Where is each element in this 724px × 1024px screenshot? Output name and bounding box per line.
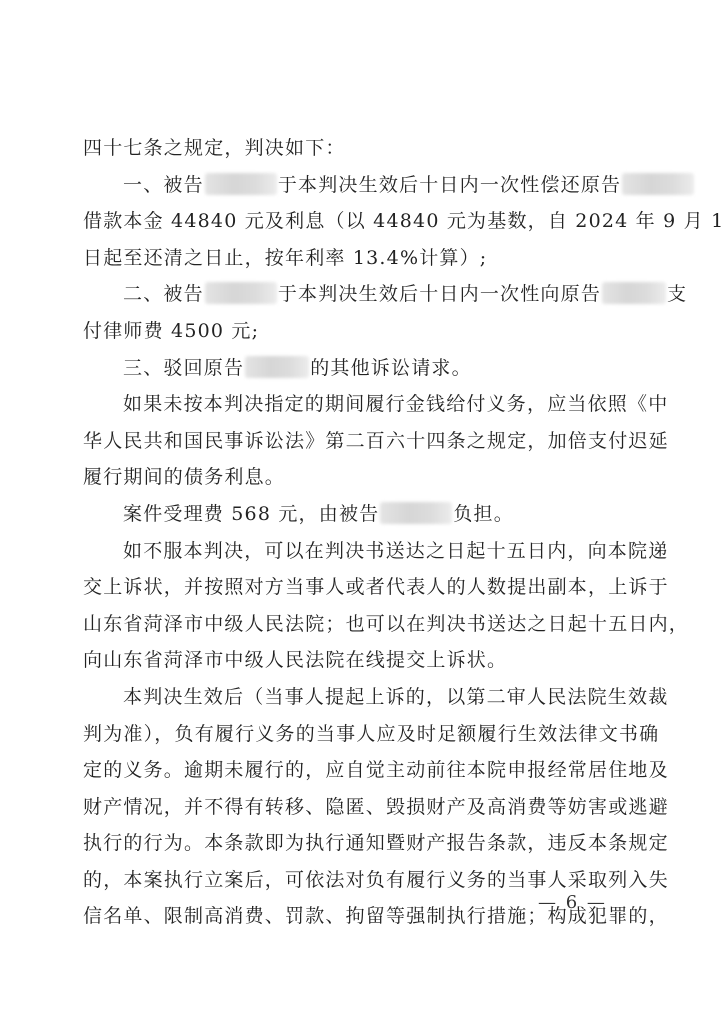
judgment-body-text: 四十七条之规定，判决如下： 一、被告于本判决生效后十日内一次性偿还原告 借款本金… bbox=[83, 130, 643, 935]
text-line: 定的义务。逾期未履行的，应自觉主动前往本院申报经常居住地及 bbox=[83, 752, 643, 789]
redacted-plaintiff-name bbox=[245, 356, 309, 378]
text-line: 向山东省菏泽市中级人民法院在线提交上诉状。 bbox=[83, 642, 643, 679]
text-span: 一、被告 bbox=[123, 174, 204, 196]
redacted-plaintiff-name bbox=[622, 173, 694, 195]
redacted-plaintiff-name bbox=[602, 282, 666, 304]
text-span: 四十七条之规定，判决如下： bbox=[83, 137, 346, 159]
text-line: 如不服本判决，可以在判决书送达之日起十五日内，向本院递 bbox=[83, 533, 643, 570]
text-span: 如不服本判决，可以在判决书送达之日起十五日内，向本院递 bbox=[123, 540, 668, 562]
text-line-case-fee: 案件受理费 568 元，由被告负担。 bbox=[83, 496, 643, 533]
text-span: 日起至还清之日止，按年利率 13.4%计算）; bbox=[83, 247, 487, 269]
text-span: 二、被告 bbox=[123, 283, 204, 305]
text-span: 华人民共和国民事诉讼法》第二百六十四条之规定，加倍支付迟延 bbox=[83, 430, 669, 452]
document-page: 四十七条之规定，判决如下： 一、被告于本判决生效后十日内一次性偿还原告 借款本金… bbox=[0, 0, 724, 1024]
text-span: 的，本案执行立案后，可依法对负有履行义务的当事人采取列入失 bbox=[83, 869, 669, 891]
text-span: 于本判决生效后十日内一次性偿还原告 bbox=[278, 174, 621, 196]
text-line-judgment-item-2: 二、被告于本判决生效后十日内一次性向原告支 bbox=[83, 276, 643, 313]
text-span: 定的义务。逾期未履行的，应自觉主动前往本院申报经常居住地及 bbox=[83, 759, 669, 781]
text-line: 判为准），负有履行义务的当事人应及时足额履行生效法律文书确 bbox=[83, 716, 643, 753]
text-span: 负担。 bbox=[453, 503, 514, 525]
text-span: 借款本金 44840 元及利息（以 44840 元为基数，自 2024 年 9 … bbox=[83, 210, 724, 232]
text-span: 本判决生效后（当事人提起上诉的，以第二审人民法院生效裁 bbox=[123, 686, 668, 708]
text-span: 财产情况，并不得有转移、隐匿、毁损财产及高消费等妨害或逃避 bbox=[83, 796, 669, 818]
text-line: 四十七条之规定，判决如下： bbox=[83, 130, 643, 167]
text-span: 判为准），负有履行义务的当事人应及时足额履行生效法律文书确 bbox=[83, 723, 659, 745]
text-line: 山东省菏泽市中级人民法院；也可以在判决书送达之日起十五日内， bbox=[83, 606, 643, 643]
text-line: 交上诉状，并按照对方当事人或者代表人的人数提出副本，上诉于 bbox=[83, 569, 643, 606]
text-line-judgment-item-1: 一、被告于本判决生效后十日内一次性偿还原告 bbox=[83, 167, 643, 204]
text-span: 支 bbox=[667, 283, 687, 305]
text-line: 财产情况，并不得有转移、隐匿、毁损财产及高消费等妨害或逃避 bbox=[83, 789, 643, 826]
text-span: 向山东省菏泽市中级人民法院在线提交上诉状。 bbox=[83, 649, 507, 671]
text-span: 如果未按本判决指定的期间履行金钱给付义务，应当依照《中 bbox=[123, 393, 668, 415]
text-span: 付律师费 4500 元; bbox=[83, 320, 259, 342]
text-line: 借款本金 44840 元及利息（以 44840 元为基数，自 2024 年 9 … bbox=[83, 203, 643, 240]
text-line: 日起至还清之日止，按年利率 13.4%计算）; bbox=[83, 240, 643, 277]
text-span: 山东省菏泽市中级人民法院；也可以在判决书送达之日起十五日内， bbox=[83, 613, 689, 635]
text-line: 履行期间的债务利息。 bbox=[83, 459, 643, 496]
text-line: 华人民共和国民事诉讼法》第二百六十四条之规定，加倍支付迟延 bbox=[83, 423, 643, 460]
text-line: 如果未按本判决指定的期间履行金钱给付义务，应当依照《中 bbox=[83, 386, 643, 423]
text-span: 的其他诉讼请求。 bbox=[310, 357, 472, 379]
text-line: 本判决生效后（当事人提起上诉的，以第二审人民法院生效裁 bbox=[83, 679, 643, 716]
text-line-judgment-item-3: 三、驳回原告的其他诉讼请求。 bbox=[83, 350, 643, 387]
redacted-defendant-name bbox=[205, 282, 277, 304]
text-span: 案件受理费 568 元，由被告 bbox=[123, 503, 379, 525]
text-span: 于本判决生效后十日内一次性向原告 bbox=[278, 283, 601, 305]
page-number: — 6 — bbox=[538, 892, 607, 913]
text-line: 执行的行为。本条款即为执行通知暨财产报告条款，违反本条规定 bbox=[83, 825, 643, 862]
text-span: 履行期间的债务利息。 bbox=[83, 466, 285, 488]
text-span: 执行的行为。本条款即为执行通知暨财产报告条款，违反本条规定 bbox=[83, 832, 669, 854]
text-span: 三、驳回原告 bbox=[123, 357, 244, 379]
text-span: 交上诉状，并按照对方当事人或者代表人的人数提出副本，上诉于 bbox=[83, 576, 669, 598]
redacted-defendant-name bbox=[380, 502, 452, 524]
text-line: 付律师费 4500 元; bbox=[83, 313, 643, 350]
redacted-defendant-name bbox=[205, 173, 277, 195]
